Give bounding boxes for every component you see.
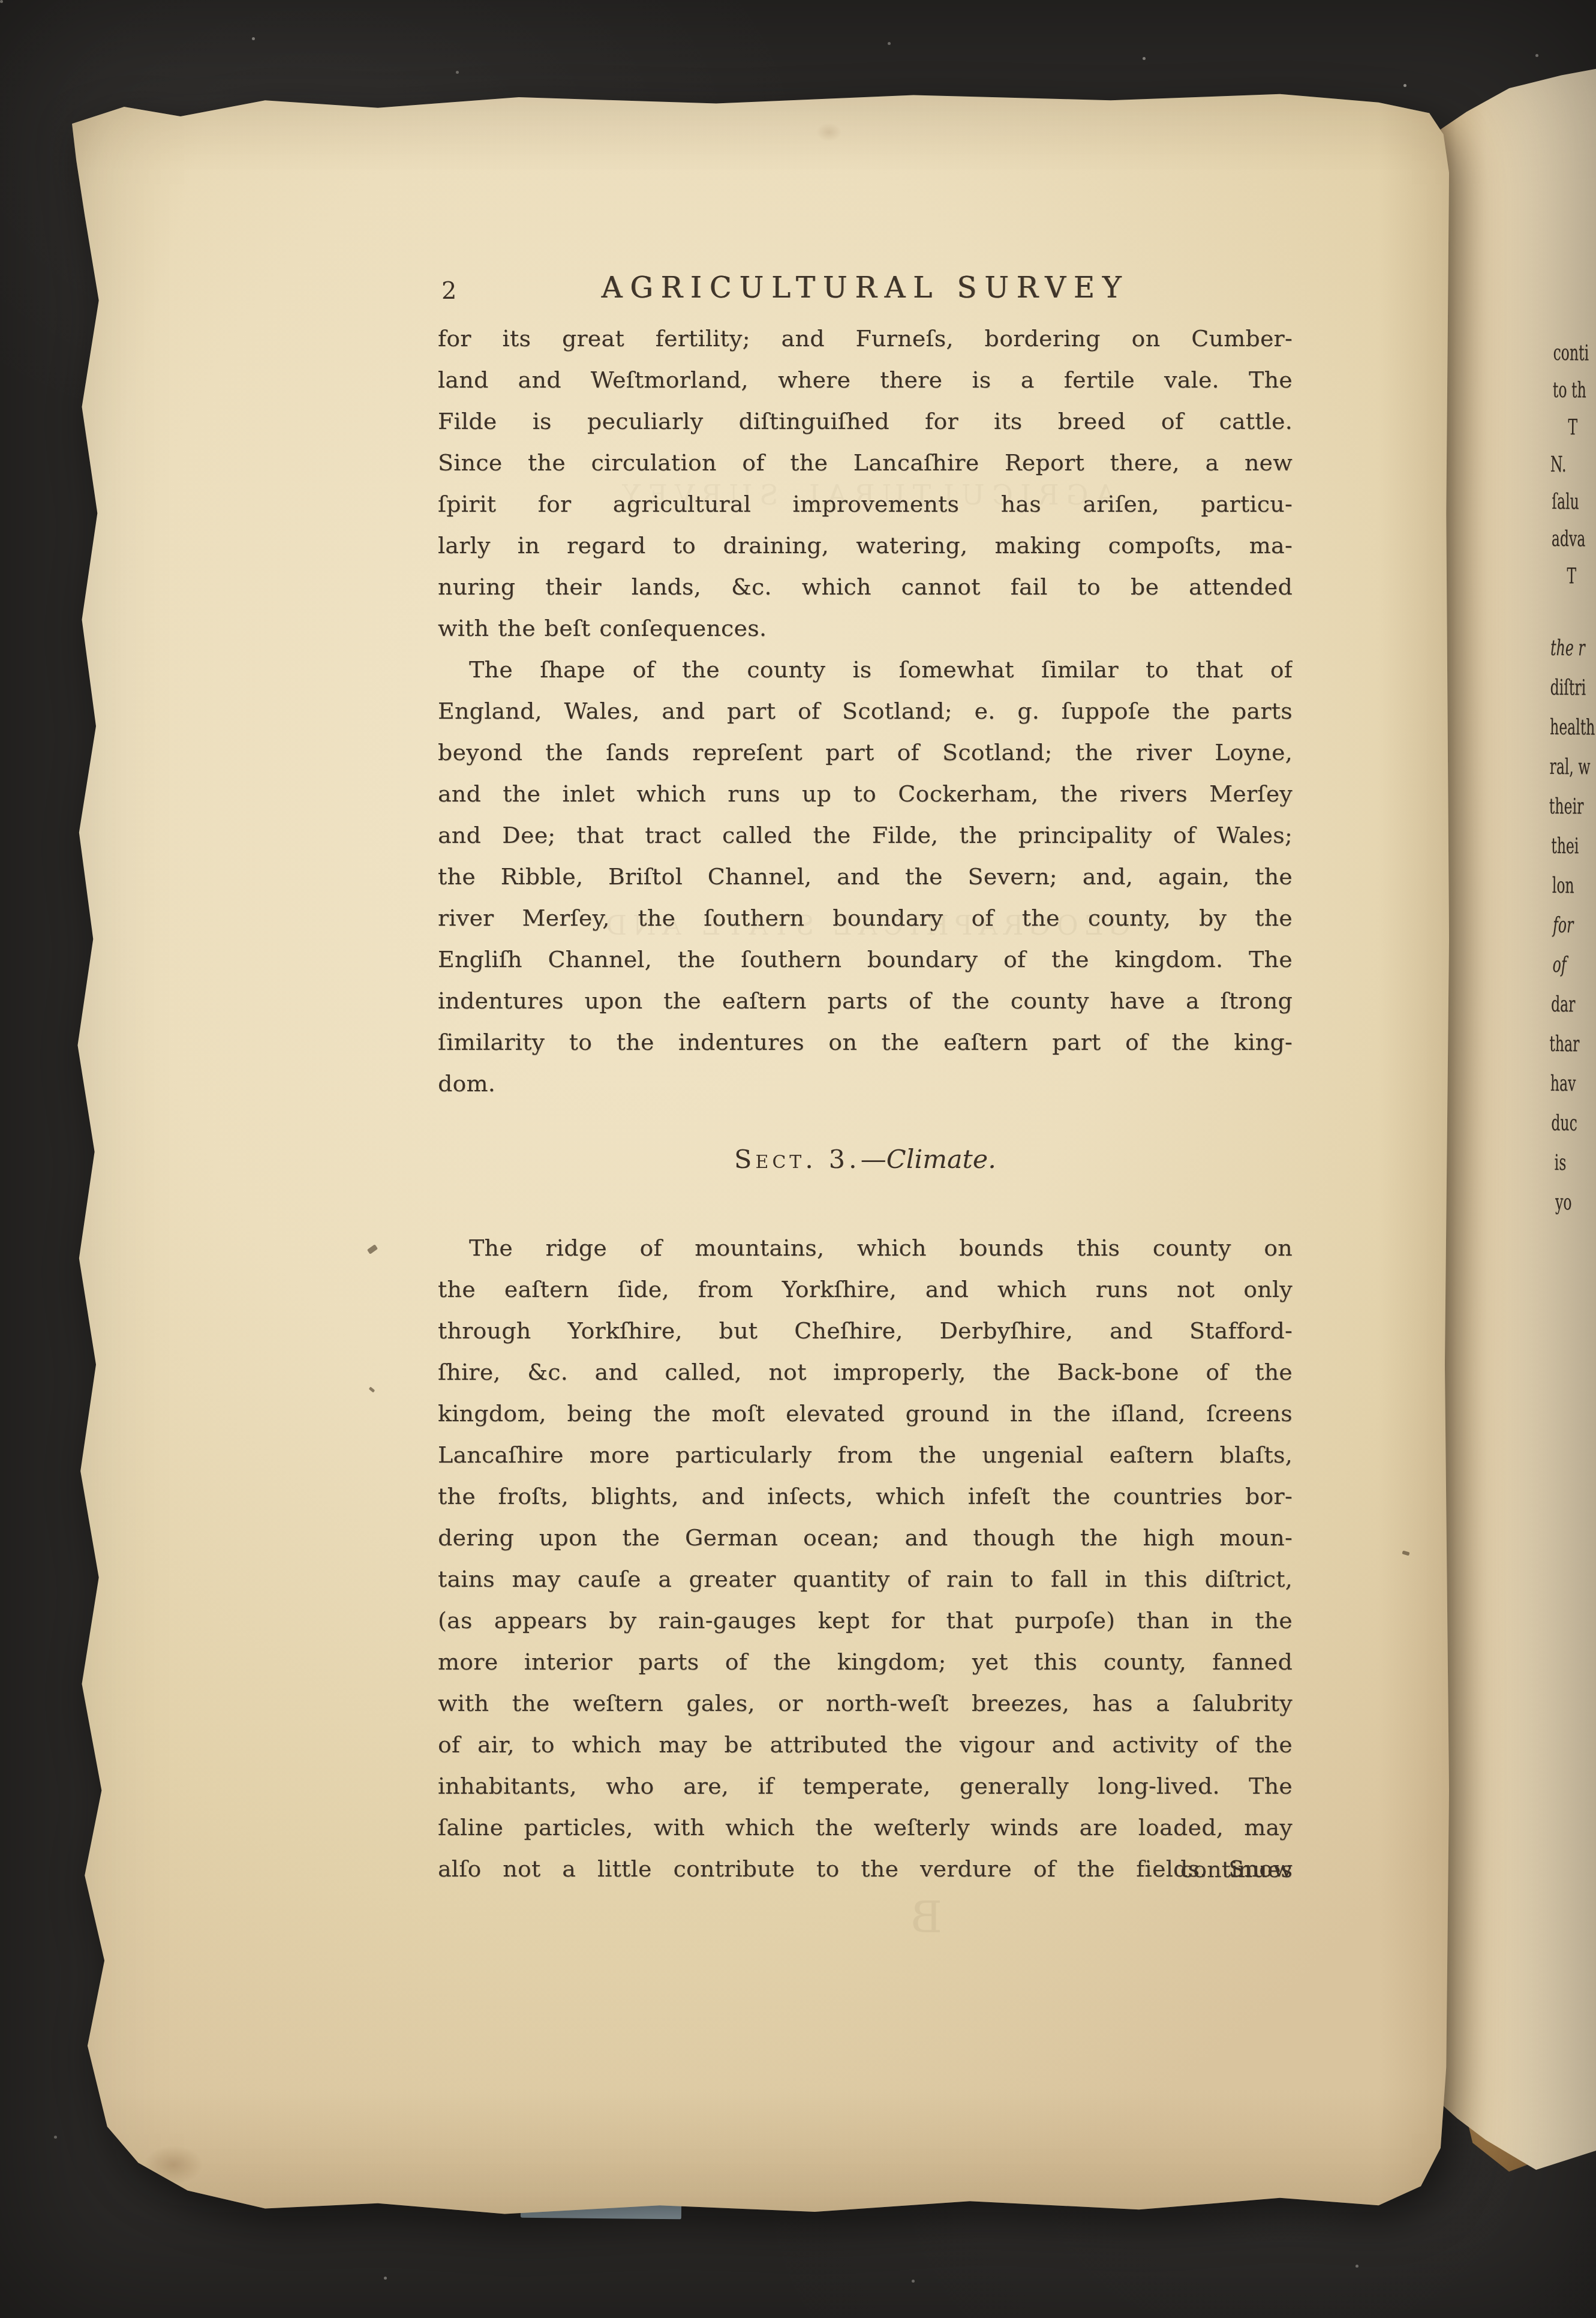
next-page-line-fragment: ſalu xyxy=(1552,489,1579,514)
text-line: the Ribble, Briſtol Channel, and the Sev… xyxy=(438,856,1293,897)
ink-speck xyxy=(369,1386,375,1392)
text-line: ſhire, &c. and called, not improperly, t… xyxy=(438,1352,1293,1393)
next-page-line-fragment: the r xyxy=(1550,635,1585,660)
show-through-signature-mark: B xyxy=(910,1892,942,1942)
text-line: land and Weſtmorland, where there is a f… xyxy=(438,359,1293,401)
next-page-line-fragment: their xyxy=(1549,794,1584,819)
next-page-line-fragment: is xyxy=(1555,1150,1567,1175)
text-line: Since the circulation of the Lancaſhire … xyxy=(438,442,1293,484)
text-line: kingdom, being the moſt elevated ground … xyxy=(438,1393,1293,1434)
text-line: ſpirit for agricultural improvements has… xyxy=(438,484,1293,525)
next-page-line-fragment: dar xyxy=(1551,992,1576,1017)
text-line: Lancaſhire more particularly from the un… xyxy=(438,1434,1293,1476)
section-dash: — xyxy=(861,1145,886,1175)
text-line: the froſts, blights, and inſects, which … xyxy=(438,1476,1293,1517)
next-page-line-fragment: of xyxy=(1552,952,1566,977)
section-label: Sect. 3. xyxy=(734,1145,861,1175)
text-line: ſimilarity to the indentures on the eaſt… xyxy=(438,1022,1293,1063)
next-page-line-fragment: T xyxy=(1568,415,1577,440)
book-photograph: contito thTN.ſaluadvaTthe rdiſtrihealthr… xyxy=(0,0,1596,2318)
next-page-line-fragment: hav xyxy=(1550,1071,1576,1096)
ink-speck xyxy=(1402,1551,1409,1556)
text-line: nuring their lands, &c. which cannot fai… xyxy=(438,566,1293,608)
text-line: (as appears by rain-gauges kept for that… xyxy=(438,1600,1293,1641)
book-page-wrap: AGRICULTURAL SURVEY GEOGRAPHICAL STATE A… xyxy=(40,88,1449,2216)
next-page-line-fragment: for xyxy=(1553,912,1574,938)
next-page-line-fragment: T xyxy=(1567,563,1576,588)
text-line: indentures upon the eaſtern parts of the… xyxy=(438,980,1293,1022)
next-page-line-fragment: diſtri xyxy=(1550,675,1586,700)
next-page-line-fragment: thei xyxy=(1551,833,1579,858)
next-page-line-fragment: to th xyxy=(1553,377,1586,403)
paragraph-fertility: for its great fertility; and Furneſs, bo… xyxy=(438,318,1293,649)
next-page-line-fragment: lon xyxy=(1552,873,1574,898)
section-title: Climate. xyxy=(886,1145,996,1175)
next-page-line-fragment: ral, w xyxy=(1549,754,1590,779)
text-line: tains may cauſe a greater quantity of ra… xyxy=(438,1559,1293,1600)
text-line: ſaline particles, with which the weſterl… xyxy=(438,1807,1293,1848)
ink-speck xyxy=(367,1244,378,1254)
next-page-line-fragment: thar xyxy=(1549,1031,1579,1056)
text-line: for its great fertility; and Furneſs, bo… xyxy=(438,318,1293,359)
text-line: dering upon the German ocean; and though… xyxy=(438,1517,1293,1559)
paragraph-climate: The ridge of mountains, which bounds thi… xyxy=(438,1227,1293,1890)
text-line: beyond the ſands repreſent part of Scotl… xyxy=(438,732,1293,773)
next-page-line-fragment: duc xyxy=(1551,1110,1577,1136)
paragraph-county-shape: The ſhape of the county is ſomewhat ſimi… xyxy=(438,649,1293,1104)
next-page-line-fragment: health xyxy=(1550,714,1595,740)
dust-specks xyxy=(0,0,3,3)
next-page-line-fragment: adva xyxy=(1552,526,1586,551)
next-page-line-fragment: yo xyxy=(1555,1190,1572,1215)
catchword: continues xyxy=(438,1849,1293,1890)
text-line: and the inlet which runs up to Cockerham… xyxy=(438,773,1293,815)
page-header: 2 AGRICULTURAL SURVEY xyxy=(438,271,1293,319)
text-line: river Merſey, the ſouthern boundary of t… xyxy=(438,897,1293,939)
text-line: England, Wales, and part of Scotland; e.… xyxy=(438,690,1293,732)
next-page-fore-edge: contito thTN.ſaluadvaTthe rdiſtrihealthr… xyxy=(1438,43,1596,2185)
text-line: of air, to which may be attributed the v… xyxy=(438,1724,1293,1765)
text-line: inhabitants, who are, if temperate, gene… xyxy=(438,1765,1293,1807)
text-line: Filde is peculiarly diſtinguiſhed for it… xyxy=(438,401,1293,442)
book-page: AGRICULTURAL SURVEY GEOGRAPHICAL STATE A… xyxy=(40,88,1449,2216)
text-line: The ridge of mountains, which bounds thi… xyxy=(438,1227,1293,1269)
text-line: more interior parts of the kingdom; yet … xyxy=(438,1641,1293,1683)
next-page-line-fragment: N. xyxy=(1550,452,1567,477)
text-line: with the weſtern gales, or north-weſt br… xyxy=(438,1683,1293,1724)
text-line: The ſhape of the county is ſomewhat ſimi… xyxy=(438,649,1293,690)
text-line: with the beſt conſequences. xyxy=(438,608,1293,649)
text-line: the eaſtern ſide, from Yorkſhire, and wh… xyxy=(438,1269,1293,1310)
text-line: through Yorkſhire, but Cheſhire, Derbyſh… xyxy=(438,1310,1293,1352)
section-heading: Sect. 3.—Climate. xyxy=(438,1139,1293,1181)
next-page-line-fragment: conti xyxy=(1553,340,1589,365)
text-line: Engliſh Channel, the ſouthern boundary o… xyxy=(438,939,1293,980)
text-line: and Dee; that tract called the Filde, th… xyxy=(438,815,1293,856)
running-header-title: AGRICULTURAL SURVEY xyxy=(438,271,1293,305)
text-line: larly in regard to draining, watering, m… xyxy=(438,525,1293,566)
text-line: dom. xyxy=(438,1063,1293,1104)
